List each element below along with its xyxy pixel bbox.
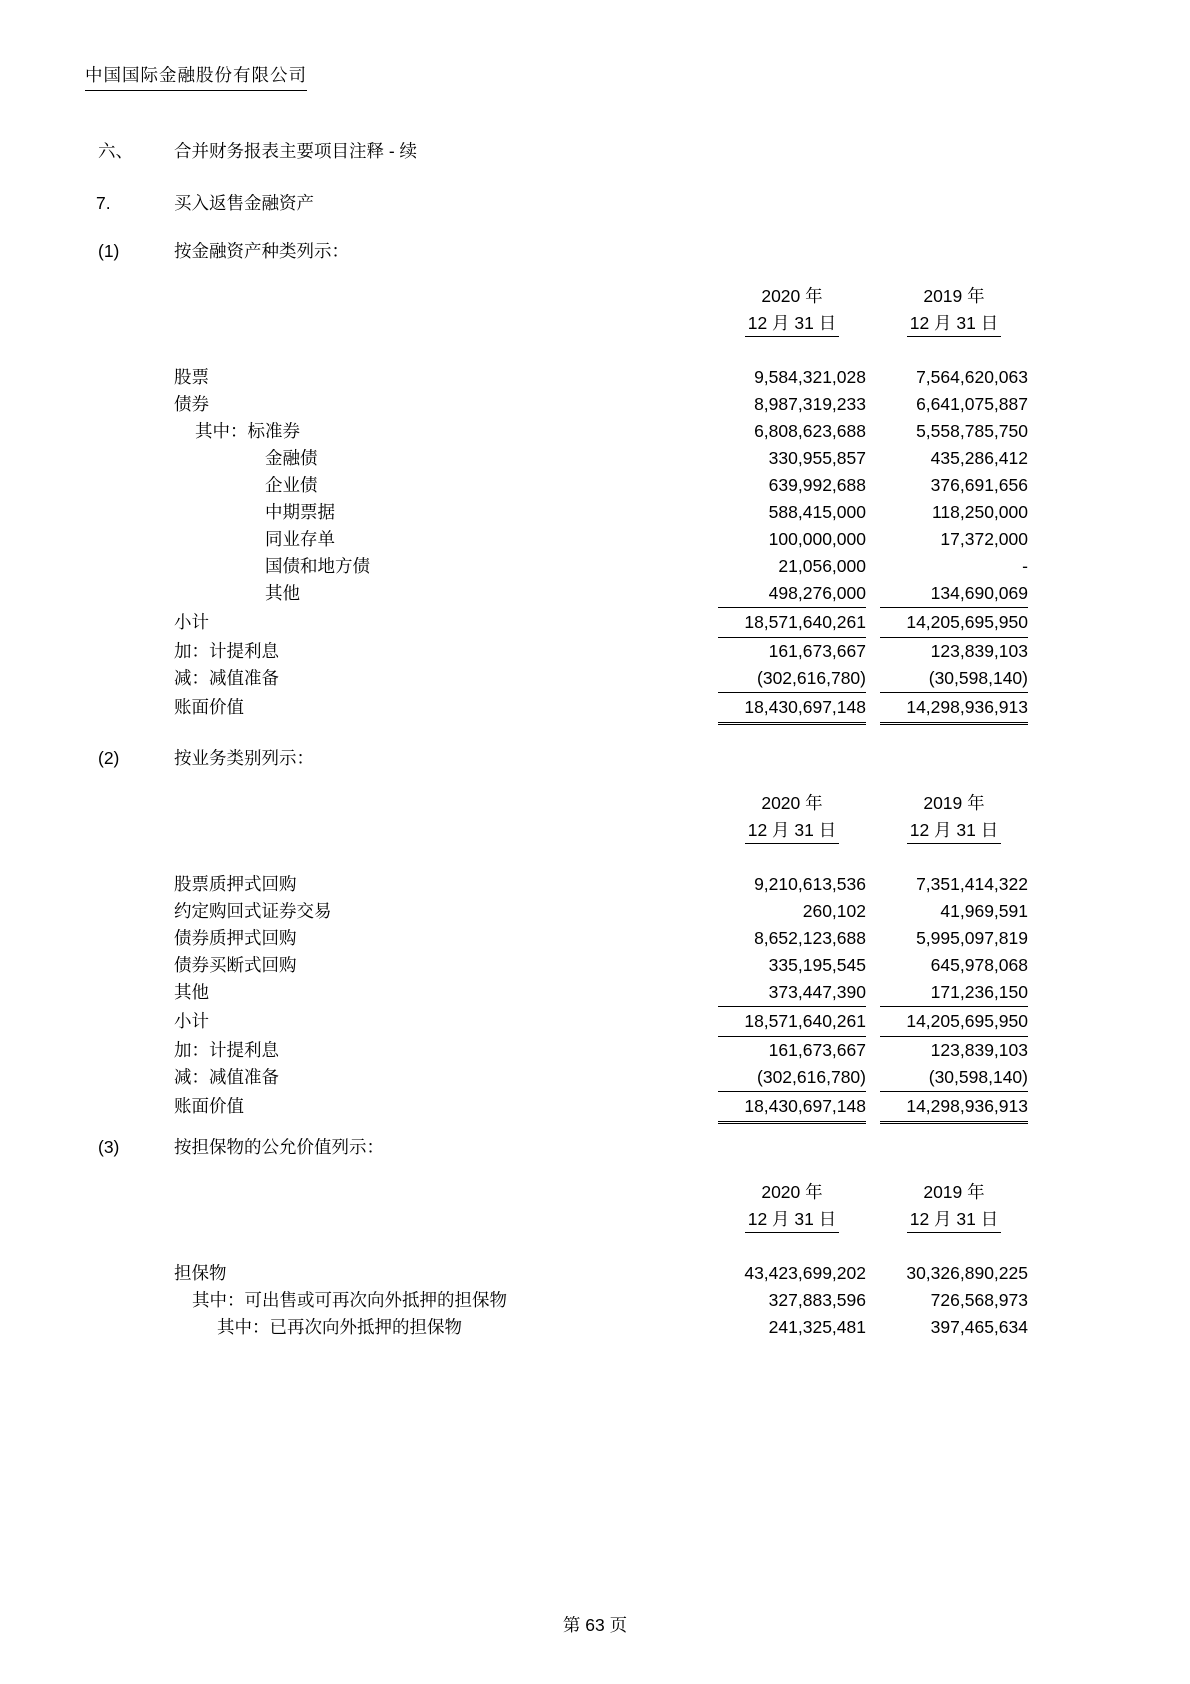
year-2020-label: 2020 年 bbox=[718, 1179, 866, 1206]
note-section-3: (3) 按担保物的公允价值列示： 2020 年 12 月 31 日 2019 年… bbox=[98, 1134, 1028, 1341]
section-heading: (2) 按业务类别列示： bbox=[98, 745, 1028, 772]
note-number: 7. bbox=[96, 190, 174, 217]
company-name: 中国国际金融股份有限公司 bbox=[85, 62, 307, 91]
row-label: 担保物 bbox=[174, 1260, 718, 1287]
row-value-2019: 30,326,890,225 bbox=[880, 1260, 1028, 1287]
table-column-headers: 2020 年 12 月 31 日 2019 年 12 月 31 日 bbox=[174, 283, 1028, 337]
row-value-2019: 376,691,656 bbox=[880, 472, 1028, 499]
row-label: 债券买断式回购 bbox=[174, 952, 718, 979]
row-value-2019: 7,351,414,322 bbox=[880, 871, 1028, 898]
table-row: 加：计提利息 161,673,667 123,839,103 bbox=[174, 638, 1028, 665]
row-value-2019: 5,995,097,819 bbox=[880, 925, 1028, 952]
chapter-number: 六、 bbox=[98, 138, 174, 165]
row-label: 国债和地方债 bbox=[174, 553, 718, 580]
row-value-2020: 639,992,688 bbox=[718, 472, 866, 499]
row-value-2020: 498,276,000 bbox=[718, 580, 866, 607]
table-body: 股票 9,584,321,028 7,564,620,063 债券 8,987,… bbox=[174, 364, 1028, 725]
section-title: 按金融资产种类列示： bbox=[174, 238, 349, 265]
row-value-2019: 5,558,785,750 bbox=[880, 418, 1028, 445]
row-value-2020: 260,102 bbox=[718, 898, 866, 925]
chapter-title: 合并财务报表主要项目注释 - 续 bbox=[174, 138, 417, 165]
row-value-2019: - bbox=[880, 553, 1028, 580]
row-value-2019: 435,286,412 bbox=[880, 445, 1028, 472]
row-value-2019: 14,298,936,913 bbox=[880, 1091, 1028, 1124]
table-row: 小计 18,571,640,261 14,205,695,950 bbox=[174, 607, 1028, 638]
row-label: 同业存单 bbox=[174, 526, 718, 553]
table-row: 同业存单 100,000,000 17,372,000 bbox=[174, 526, 1028, 553]
row-label: 加：计提利息 bbox=[174, 638, 718, 665]
row-label: 股票 bbox=[174, 364, 718, 391]
column-header-2020: 2020 年 12 月 31 日 bbox=[718, 790, 866, 844]
table-row: 债券质押式回购 8,652,123,688 5,995,097,819 bbox=[174, 925, 1028, 952]
date-2019-label: 12 月 31 日 bbox=[907, 311, 1002, 337]
table-row: 股票 9,584,321,028 7,564,620,063 bbox=[174, 364, 1028, 391]
note-section-1: (1) 按金融资产种类列示： 2020 年 12 月 31 日 2019 年 1… bbox=[98, 238, 1028, 725]
table-row: 其他 373,447,390 171,236,150 bbox=[174, 979, 1028, 1006]
row-label: 加：计提利息 bbox=[174, 1037, 718, 1064]
row-label: 小计 bbox=[174, 1008, 718, 1035]
row-label: 债券质押式回购 bbox=[174, 925, 718, 952]
row-value-2020: 335,195,545 bbox=[718, 952, 866, 979]
row-value-2020: 9,584,321,028 bbox=[718, 364, 866, 391]
row-value-2020: 18,430,697,148 bbox=[718, 692, 866, 725]
row-label: 中期票据 bbox=[174, 499, 718, 526]
row-value-2019: 397,465,634 bbox=[880, 1314, 1028, 1341]
row-value-2020: 161,673,667 bbox=[718, 1037, 866, 1064]
table-row: 减：减值准备 (302,616,780) (30,598,140) bbox=[174, 665, 1028, 692]
row-label: 企业债 bbox=[174, 472, 718, 499]
table-row: 企业债 639,992,688 376,691,656 bbox=[174, 472, 1028, 499]
row-value-2020: 9,210,613,536 bbox=[718, 871, 866, 898]
row-label: 账面价值 bbox=[174, 694, 718, 721]
row-value-2019: (30,598,140) bbox=[880, 665, 1028, 692]
row-value-2020: 330,955,857 bbox=[718, 445, 866, 472]
row-value-2019: 123,839,103 bbox=[880, 638, 1028, 665]
financial-table: 2020 年 12 月 31 日 2019 年 12 月 31 日 担保物 43… bbox=[174, 1179, 1028, 1341]
row-value-2019: (30,598,140) bbox=[880, 1064, 1028, 1091]
table-row: 账面价值 18,430,697,148 14,298,936,913 bbox=[174, 1091, 1028, 1124]
row-label: 债券 bbox=[174, 391, 718, 418]
table-row: 账面价值 18,430,697,148 14,298,936,913 bbox=[174, 692, 1028, 725]
row-value-2019: 6,641,075,887 bbox=[880, 391, 1028, 418]
note-section-2: (2) 按业务类别列示： 2020 年 12 月 31 日 2019 年 12 … bbox=[98, 745, 1028, 1124]
row-label: 其中：已再次向外抵押的担保物 bbox=[174, 1314, 718, 1341]
row-value-2020: 21,056,000 bbox=[718, 553, 866, 580]
year-2020-label: 2020 年 bbox=[718, 790, 866, 817]
year-2019-label: 2019 年 bbox=[880, 283, 1028, 310]
table-row: 减：减值准备 (302,616,780) (30,598,140) bbox=[174, 1064, 1028, 1091]
table-column-headers: 2020 年 12 月 31 日 2019 年 12 月 31 日 bbox=[174, 1179, 1028, 1233]
row-value-2020: 588,415,000 bbox=[718, 499, 866, 526]
table-body: 股票质押式回购 9,210,613,536 7,351,414,322 约定购回… bbox=[174, 871, 1028, 1124]
table-row: 其中：可出售或可再次向外抵押的担保物 327,883,596 726,568,9… bbox=[174, 1287, 1028, 1314]
section-number: (3) bbox=[98, 1134, 174, 1161]
row-label: 其他 bbox=[174, 979, 718, 1006]
column-header-2019: 2019 年 12 月 31 日 bbox=[880, 790, 1028, 844]
table-row: 国债和地方债 21,056,000 - bbox=[174, 553, 1028, 580]
section-title: 按业务类别列示： bbox=[174, 745, 314, 772]
row-value-2020: 373,447,390 bbox=[718, 979, 866, 1006]
row-label: 其他 bbox=[174, 580, 718, 607]
chapter-heading: 六、 合并财务报表主要项目注释 - 续 bbox=[98, 138, 417, 165]
row-value-2020: 18,430,697,148 bbox=[718, 1091, 866, 1124]
financial-table: 2020 年 12 月 31 日 2019 年 12 月 31 日 股票质押式回… bbox=[174, 790, 1028, 1124]
row-label: 其中：标准券 bbox=[174, 418, 718, 445]
row-value-2019: 726,568,973 bbox=[880, 1287, 1028, 1314]
note-title: 买入返售金融资产 bbox=[174, 190, 314, 217]
table-row: 约定购回式证券交易 260,102 41,969,591 bbox=[174, 898, 1028, 925]
row-value-2019: 134,690,069 bbox=[880, 580, 1028, 607]
section-heading: (3) 按担保物的公允价值列示： bbox=[98, 1134, 1028, 1161]
table-row: 中期票据 588,415,000 118,250,000 bbox=[174, 499, 1028, 526]
section-number: (2) bbox=[98, 745, 174, 772]
row-label: 约定购回式证券交易 bbox=[174, 898, 718, 925]
row-value-2019: 14,205,695,950 bbox=[880, 607, 1028, 638]
row-value-2019: 171,236,150 bbox=[880, 979, 1028, 1006]
row-label: 减：减值准备 bbox=[174, 665, 718, 692]
column-header-2019: 2019 年 12 月 31 日 bbox=[880, 283, 1028, 337]
date-2020-label: 12 月 31 日 bbox=[745, 1207, 840, 1233]
table-column-headers: 2020 年 12 月 31 日 2019 年 12 月 31 日 bbox=[174, 790, 1028, 844]
document-page: 中国国际金融股份有限公司 六、 合并财务报表主要项目注释 - 续 7. 买入返售… bbox=[0, 0, 1190, 1684]
row-label: 减：减值准备 bbox=[174, 1064, 718, 1091]
column-header-2020: 2020 年 12 月 31 日 bbox=[718, 1179, 866, 1233]
section-heading: (1) 按金融资产种类列示： bbox=[98, 238, 1028, 265]
row-label: 股票质押式回购 bbox=[174, 871, 718, 898]
row-value-2019: 645,978,068 bbox=[880, 952, 1028, 979]
table-row: 其中：标准券 6,808,623,688 5,558,785,750 bbox=[174, 418, 1028, 445]
row-value-2019: 14,298,936,913 bbox=[880, 692, 1028, 725]
row-value-2019: 118,250,000 bbox=[880, 499, 1028, 526]
row-value-2019: 41,969,591 bbox=[880, 898, 1028, 925]
date-2019-label: 12 月 31 日 bbox=[907, 818, 1002, 844]
row-value-2019: 17,372,000 bbox=[880, 526, 1028, 553]
row-value-2020: 8,987,319,233 bbox=[718, 391, 866, 418]
table-row: 加：计提利息 161,673,667 123,839,103 bbox=[174, 1037, 1028, 1064]
table-row: 担保物 43,423,699,202 30,326,890,225 bbox=[174, 1260, 1028, 1287]
table-row: 其中：已再次向外抵押的担保物 241,325,481 397,465,634 bbox=[174, 1314, 1028, 1341]
table-row: 债券买断式回购 335,195,545 645,978,068 bbox=[174, 952, 1028, 979]
row-label: 其中：可出售或可再次向外抵押的担保物 bbox=[174, 1287, 718, 1314]
page-footer: 第 63 页 bbox=[0, 1612, 1190, 1639]
row-label: 账面价值 bbox=[174, 1093, 718, 1120]
table-row: 债券 8,987,319,233 6,641,075,887 bbox=[174, 391, 1028, 418]
column-header-2020: 2020 年 12 月 31 日 bbox=[718, 283, 866, 337]
date-2020-label: 12 月 31 日 bbox=[745, 818, 840, 844]
row-value-2020: (302,616,780) bbox=[718, 665, 866, 692]
row-value-2020: 18,571,640,261 bbox=[718, 607, 866, 638]
row-value-2020: 43,423,699,202 bbox=[718, 1260, 866, 1287]
table-row: 金融债 330,955,857 435,286,412 bbox=[174, 445, 1028, 472]
row-value-2020: 8,652,123,688 bbox=[718, 925, 866, 952]
section-number: (1) bbox=[98, 238, 174, 265]
note-heading: 7. 买入返售金融资产 bbox=[96, 190, 314, 217]
row-value-2020: 327,883,596 bbox=[718, 1287, 866, 1314]
row-label: 金融债 bbox=[174, 445, 718, 472]
date-2019-label: 12 月 31 日 bbox=[907, 1207, 1002, 1233]
row-value-2020: 100,000,000 bbox=[718, 526, 866, 553]
row-value-2020: 18,571,640,261 bbox=[718, 1006, 866, 1037]
row-value-2019: 7,564,620,063 bbox=[880, 364, 1028, 391]
row-value-2019: 14,205,695,950 bbox=[880, 1006, 1028, 1037]
section-title: 按担保物的公允价值列示： bbox=[174, 1134, 384, 1161]
row-value-2019: 123,839,103 bbox=[880, 1037, 1028, 1064]
date-2020-label: 12 月 31 日 bbox=[745, 311, 840, 337]
financial-table: 2020 年 12 月 31 日 2019 年 12 月 31 日 股票 9,5… bbox=[174, 283, 1028, 725]
year-2019-label: 2019 年 bbox=[880, 1179, 1028, 1206]
row-value-2020: 161,673,667 bbox=[718, 638, 866, 665]
table-row: 小计 18,571,640,261 14,205,695,950 bbox=[174, 1006, 1028, 1037]
table-body: 担保物 43,423,699,202 30,326,890,225 其中：可出售… bbox=[174, 1260, 1028, 1341]
column-header-2019: 2019 年 12 月 31 日 bbox=[880, 1179, 1028, 1233]
row-label: 小计 bbox=[174, 609, 718, 636]
table-row: 股票质押式回购 9,210,613,536 7,351,414,322 bbox=[174, 871, 1028, 898]
row-value-2020: 6,808,623,688 bbox=[718, 418, 866, 445]
table-row: 其他 498,276,000 134,690,069 bbox=[174, 580, 1028, 607]
year-2019-label: 2019 年 bbox=[880, 790, 1028, 817]
row-value-2020: 241,325,481 bbox=[718, 1314, 866, 1341]
year-2020-label: 2020 年 bbox=[718, 283, 866, 310]
row-value-2020: (302,616,780) bbox=[718, 1064, 866, 1091]
